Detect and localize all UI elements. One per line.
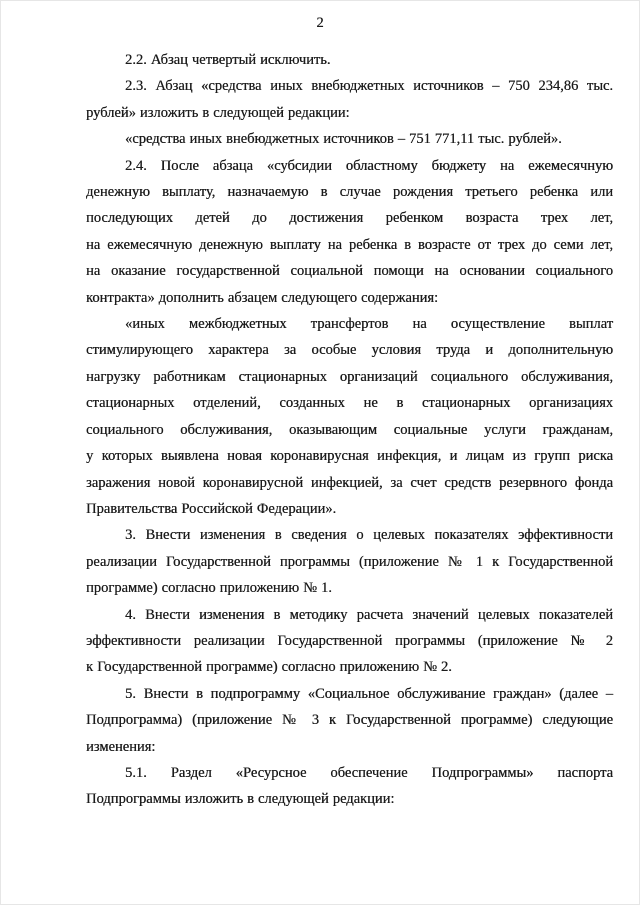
text-line: 2.3. Абзац «средства иных внебюджетных и… xyxy=(86,73,613,99)
paragraph-clause-2-3-new-wording: «средства иных внебюджетных источников –… xyxy=(86,126,613,152)
paragraph-clause-5-1: 5.1. Раздел «Ресурсное обеспечение Подпр… xyxy=(86,760,613,813)
text-line: «иных межбюджетных трансфертов на осущес… xyxy=(86,311,613,337)
text-line: социального обслуживания, оказывающим со… xyxy=(86,417,613,443)
text-line: Подпрограммы изложить в следующей редакц… xyxy=(86,786,613,812)
text-line: контракта» дополнить абзацем следующего … xyxy=(86,285,613,311)
text-line: Подпрограмма) (приложение № 3 к Государс… xyxy=(86,707,613,733)
text-line: 4. Внести изменения в методику расчета з… xyxy=(86,602,613,628)
text-line: изменения: xyxy=(86,734,613,760)
paragraph-clause-2-3: 2.3. Абзац «средства иных внебюджетных и… xyxy=(86,73,613,126)
text-line: реализации Государственной программы (пр… xyxy=(86,549,613,575)
text-line: денежную выплату, назначаемую в случае р… xyxy=(86,179,613,205)
text-line: 2.4. После абзаца «субсидии областному б… xyxy=(86,153,613,179)
text-line: Правительства Российской Федерации». xyxy=(86,496,613,522)
text-line: «средства иных внебюджетных источников –… xyxy=(86,126,613,152)
paragraph-clause-2-4: 2.4. После абзаца «субсидии областному б… xyxy=(86,153,613,311)
paragraph-clause-2-2: 2.2. Абзац четвертый исключить. xyxy=(86,47,613,73)
text-line: программе) согласно приложению № 1. xyxy=(86,575,613,601)
document-page: 2 2.2. Абзац четвертый исключить.2.3. Аб… xyxy=(0,0,640,905)
text-line: стационарных отделений, созданных не в с… xyxy=(86,390,613,416)
paragraph-clause-5: 5. Внести в подпрограмму «Социальное обс… xyxy=(86,681,613,760)
document-body: 2.2. Абзац четвертый исключить.2.3. Абза… xyxy=(86,47,613,813)
page-number: 2 xyxy=(0,0,640,34)
text-line: на оказание государственной социальной п… xyxy=(86,258,613,284)
text-line: стимулирующего характера за особые услов… xyxy=(86,337,613,363)
text-line: эффективности реализации Государственной… xyxy=(86,628,613,654)
text-line: 5.1. Раздел «Ресурсное обеспечение Подпр… xyxy=(86,760,613,786)
text-line: рублей» изложить в следующей редакции: xyxy=(86,100,613,126)
text-line: у которых выявлена новая коронавирусная … xyxy=(86,443,613,469)
text-line: заражения новой коронавирусной инфекцией… xyxy=(86,470,613,496)
paragraph-clause-4: 4. Внести изменения в методику расчета з… xyxy=(86,602,613,681)
paragraph-clause-3: 3. Внести изменения в сведения о целевых… xyxy=(86,522,613,601)
text-line: последующих детей до достижения ребенком… xyxy=(86,205,613,231)
text-line: на ежемесячную денежную выплату на ребен… xyxy=(86,232,613,258)
text-line: 2.2. Абзац четвертый исключить. xyxy=(86,47,613,73)
text-line: 5. Внести в подпрограмму «Социальное обс… xyxy=(86,681,613,707)
text-line: нагрузку работникам стационарных организ… xyxy=(86,364,613,390)
paragraph-clause-2-4-added-paragraph: «иных межбюджетных трансфертов на осущес… xyxy=(86,311,613,522)
text-line: 3. Внести изменения в сведения о целевых… xyxy=(86,522,613,548)
text-line: к Государственной программе) согласно пр… xyxy=(86,654,613,680)
